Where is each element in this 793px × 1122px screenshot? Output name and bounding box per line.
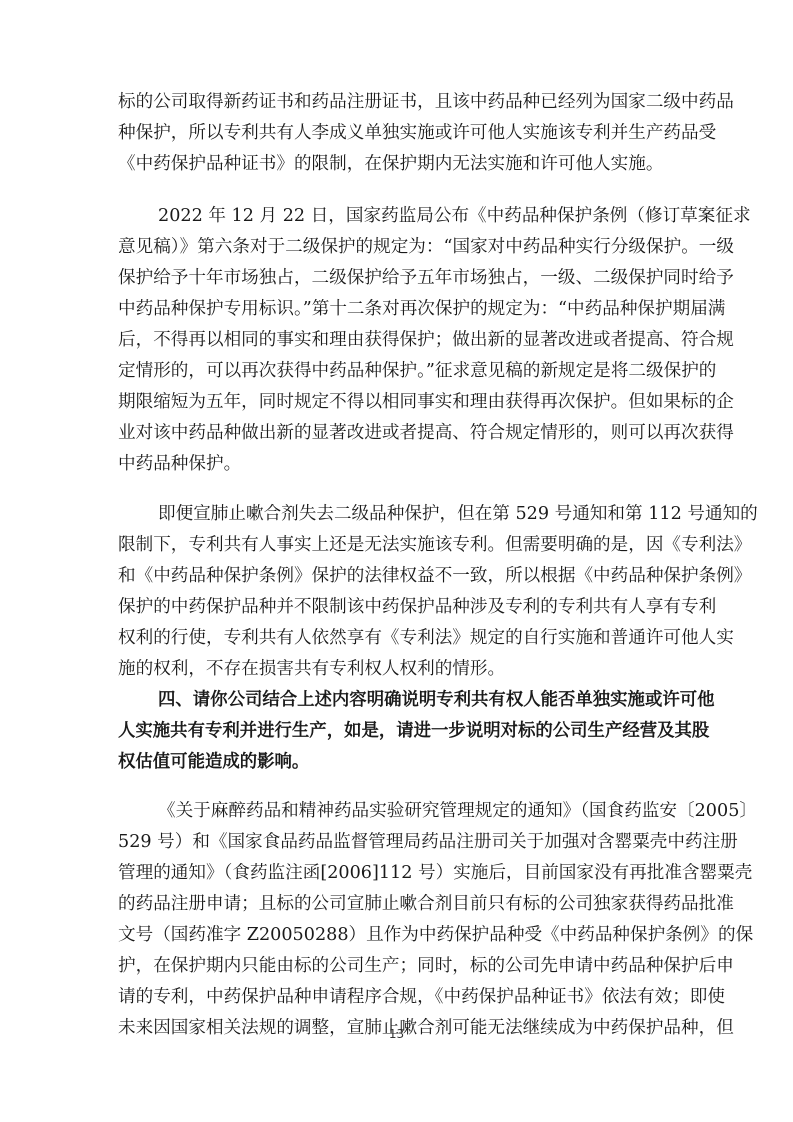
text-line: 权利的行使，专利共有人依然享有《专利法》规定的自行实施和普通许可他人实 [118, 626, 674, 650]
text-line: 定情形的，可以再次获得中药品种保护。”征求意见稿的新规定是将二级保护的 [118, 359, 674, 383]
text-line: 中药品种保护。 [118, 452, 674, 476]
text-line: 2022 年 12 月 22 日，国家药监局公布《中药品种保护条例（修订草案征求 [158, 204, 674, 228]
document-page: 标的公司取得新药证书和药品注册证书，且该中药品种已经列为国家二级中药品 种保护，… [0, 0, 793, 1122]
text-line: 护，在保护期内只能由标的公司生产；同时，标的公司先申请中药品种保护后申 [118, 954, 674, 978]
text-line: 标的公司取得新药证书和药品注册证书，且该中药品种已经列为国家二级中药品 [118, 90, 674, 114]
text-line: 后，不得再以相同的事实和理由获得保护；做出新的显著改进或者提高、符合规 [118, 328, 674, 352]
text-line: 《关于麻醉药品和精神药品实验研究管理规定的通知》（国食药监安〔2005〕 [158, 799, 674, 823]
text-line: 中药品种保护专用标识。”第十二条对再次保护的规定为：“中药品种保护期届满 [118, 297, 674, 321]
text-line: 529 号）和《国家食品药品监督管理局药品注册司关于加强对含罂粟壳中药注册 [118, 830, 674, 854]
text-line: 管理的通知》（食药监注函[2006]112 号）实施后，目前国家没有再批准含罂粟… [118, 861, 674, 885]
text-line: 即便宣肺止嗽合剂失去二级品种保护，但在第 529 号通知和第 112 号通知的 [158, 502, 674, 526]
text-line: 和《中药品种保护条例》保护的法律权益不一致，所以根据《中药品种保护条例》 [118, 564, 674, 588]
text-line: 施的权利，不存在损害共有专利权人权利的情形。 [118, 657, 674, 681]
heading-line: 四、请你公司结合上述内容明确说明专利共有权人能否单独实施或许可他 [158, 688, 674, 712]
text-line: 请的专利，中药保护品种申请程序合规，《中药保护品种证书》依法有效；即使 [118, 985, 674, 1009]
text-line: 限制下，专利共有人事实上还是无法实施该专利。但需要明确的是，因《专利法》 [118, 533, 674, 557]
text-line: 的药品注册申请；且标的公司宣肺止嗽合剂目前只有标的公司独家获得药品批准 [118, 892, 674, 916]
text-line: 业对该中药品种做出新的显著改进或者提高、符合规定情形的，则可以再次获得 [118, 421, 674, 445]
page-number: 13 [0, 1026, 793, 1042]
text-line: 保护的中药保护品种并不限制该中药保护品种涉及专利的专利共有人享有专利 [118, 595, 674, 619]
text-line: 种保护，所以专利共有人李成义单独实施或许可他人实施该专利并生产药品受 [118, 121, 674, 145]
text-line: 文号（国药准字 Z20050288）且作为中药保护品种受《中药品种保护条例》的保 [118, 923, 674, 947]
text-line: 《中药保护品种证书》的限制，在保护期内无法实施和许可他人实施。 [118, 152, 674, 176]
heading-line: 权估值可能造成的影响。 [118, 750, 674, 774]
text-line: 保护给予十年市场独占，二级保护给予五年市场独占，一级、二级保护同时给予 [118, 266, 674, 290]
heading-line: 人实施共有专利并进行生产，如是，请进一步说明对标的公司生产经营及其股 [118, 719, 674, 743]
text-line: 意见稿）》第六条对于二级保护的规定为：“国家对中药品种实行分级保护。一级 [118, 235, 674, 259]
text-line: 期限缩短为五年，同时规定不得以相同事实和理由获得再次保护。但如果标的企 [118, 390, 674, 414]
